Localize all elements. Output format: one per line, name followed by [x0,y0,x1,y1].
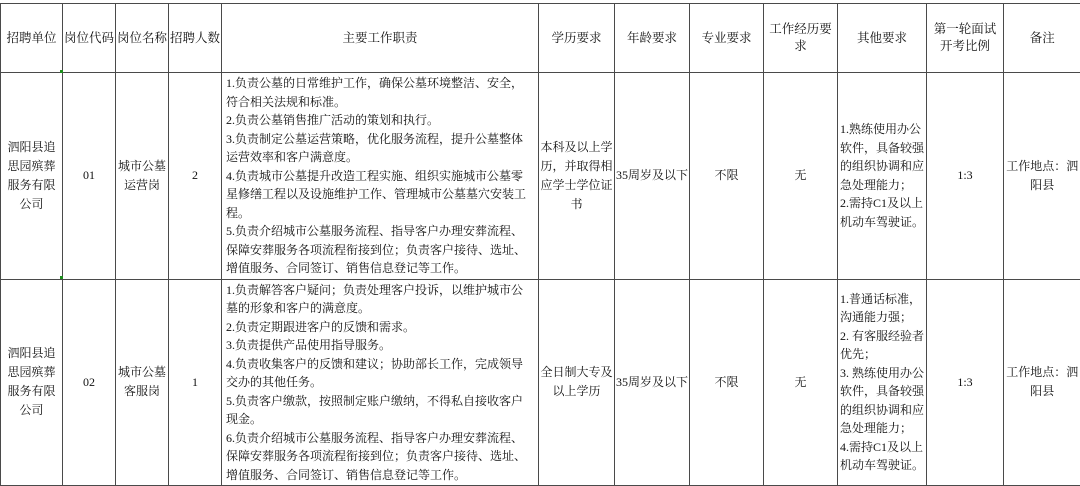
cell-interview-ratio: 1:3 [927,73,1004,280]
header-code: 岗位代码 [63,4,116,73]
cell-experience: 无 [764,73,838,280]
cell-education: 本科及以上学历，并取得相应学士学位证书 [539,73,615,280]
header-experience: 工作经历要求 [764,4,838,73]
cell-unit: 泗阳县追思园殡葬服务有限公司 [1,279,63,486]
header-age: 年龄要求 [615,4,690,73]
cell-age: 35周岁及以下 [615,73,690,280]
cell-other-requirements: 1.普通话标准，沟通能力强； 2. 有客服经验者优先； 3. 熟练使用办公软件，… [838,279,927,486]
cell-major: 不限 [690,279,764,486]
cell-unit: 泗阳县追思园殡葬服务有限公司 [1,73,63,280]
table-row: 泗阳县追思园殡葬服务有限公司 02 城市公墓客服岗 1 1.负责解答客户疑问；负… [1,279,1080,486]
cell-experience: 无 [764,279,838,486]
header-unit: 招聘单位 [1,4,63,73]
cell-remarks: 工作地点：泗阳县 [1004,73,1080,280]
cell-duties: 1.负责公墓的日常维护工作，确保公墓环境整洁、安全，符合相关法规和标准。 2.负… [222,73,539,280]
grid-artifact-dot [60,70,63,73]
table-row: 泗阳县追思园殡葬服务有限公司 01 城市公墓运营岗 2 1.负责公墓的日常维护工… [1,73,1080,280]
grid-artifact-dot [60,276,63,279]
cell-code: 02 [63,279,116,486]
cell-position: 城市公墓客服岗 [116,279,169,486]
cell-remarks: 工作地点：泗阳县 [1004,279,1080,486]
cell-headcount: 2 [169,73,222,280]
cell-code: 01 [63,73,116,280]
cell-duties: 1.负责解答客户疑问；负责处理客户投诉，以维护城市公墓的形象和客户的满意度。 2… [222,279,539,486]
cell-age: 35周岁及以下 [615,279,690,486]
cell-other-requirements: 1.熟练使用办公软件，具备较强的组织协调和应急处理能力； 2.需持C1及以上机动… [838,73,927,280]
header-other: 其他要求 [838,4,927,73]
header-interview-ratio: 第一轮面试 开考比例 [927,4,1004,73]
header-education: 学历要求 [539,4,615,73]
cell-major: 不限 [690,73,764,280]
recruitment-table: 招聘单位 岗位代码 岗位名称 招聘人数 主要工作职责 学历要求 年龄要求 专业要… [0,3,1080,486]
header-headcount: 招聘人数 [169,4,222,73]
header-remarks: 备注 [1004,4,1080,73]
cell-headcount: 1 [169,279,222,486]
cell-interview-ratio: 1:3 [927,279,1004,486]
header-duties: 主要工作职责 [222,4,539,73]
cell-education: 全日制大专及以上学历 [539,279,615,486]
header-position: 岗位名称 [116,4,169,73]
cell-position: 城市公墓运营岗 [116,73,169,280]
header-major: 专业要求 [690,4,764,73]
table-header-row: 招聘单位 岗位代码 岗位名称 招聘人数 主要工作职责 学历要求 年龄要求 专业要… [1,4,1080,73]
